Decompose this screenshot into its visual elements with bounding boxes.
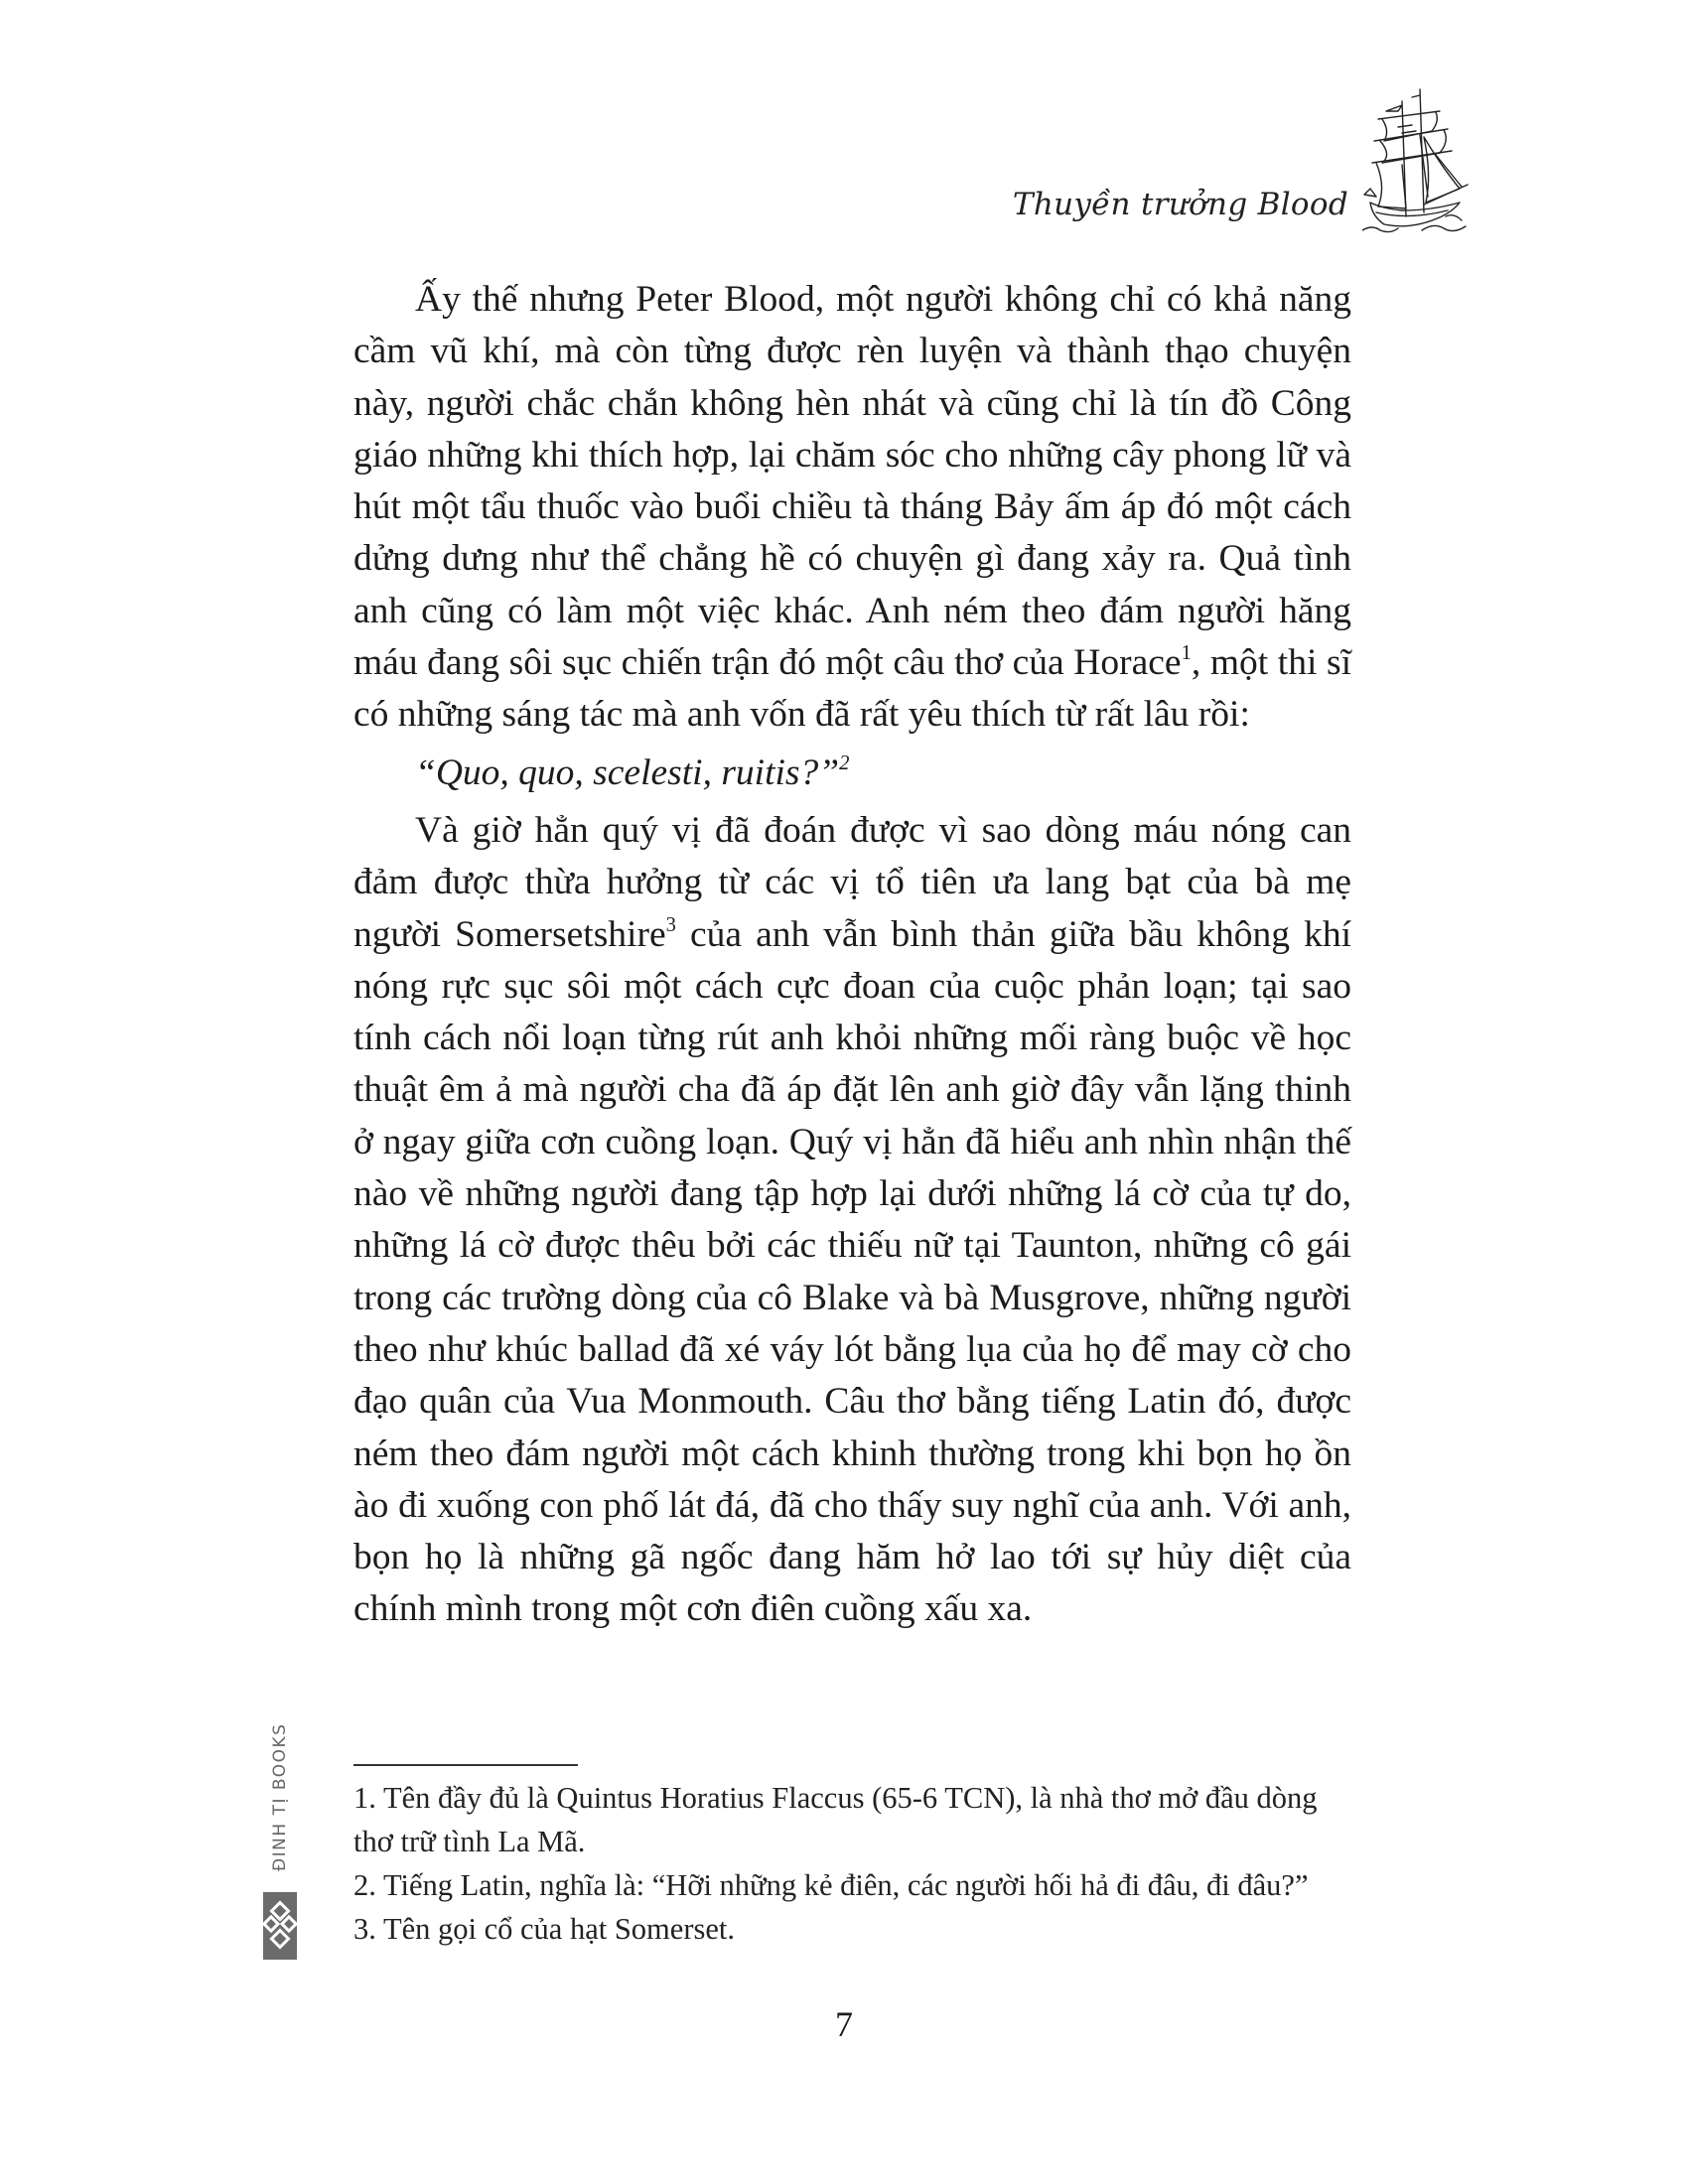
sailing-ship-icon	[1362, 85, 1474, 240]
publisher-mark: ĐINH TỊ BOOKS	[260, 1762, 300, 1966]
paragraph-1: Ấy thế nhưng Peter Blood, một người khôn…	[353, 274, 1351, 742]
paragraph-2: Và giờ hẳn quý vị đã đoán được vì sao dò…	[353, 805, 1351, 1636]
footnotes: 1. Tên đầy đủ là Quintus Horatius Flaccu…	[353, 1776, 1356, 1951]
footnote-3: 3. Tên gọi cổ của hạt Somerset.	[353, 1907, 1356, 1951]
body-text: Ấy thế nhưng Peter Blood, một người khôn…	[353, 274, 1351, 1636]
page-number: 7	[794, 2003, 894, 2045]
running-header-title: Thuyền trưởng Blood	[993, 187, 1348, 222]
footnote-ref-1[interactable]: 1	[1182, 642, 1192, 664]
footnote-2: 2. Tiếng Latin, nghĩa là: “Hỡi những kẻ …	[353, 1863, 1356, 1907]
footnote-1: 1. Tên đầy đủ là Quintus Horatius Flaccu…	[353, 1776, 1356, 1863]
footnote-ref-2[interactable]: 2	[839, 752, 849, 774]
dinh-ti-diamond-logo-icon	[263, 1892, 297, 1960]
publisher-name: ĐINH TỊ BOOKS	[270, 1723, 290, 1871]
footnote-divider	[353, 1764, 578, 1766]
footnote-ref-3[interactable]: 3	[666, 914, 676, 936]
latin-quote: “Quo, quo, scelesti, ruitis?”2	[353, 748, 1351, 799]
